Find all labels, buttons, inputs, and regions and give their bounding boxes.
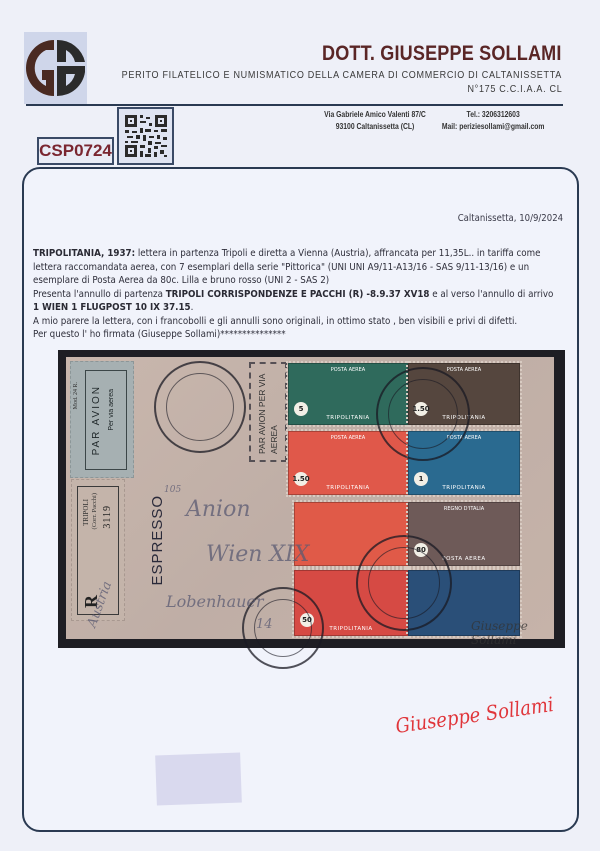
stamp-value: 1.50 — [294, 472, 308, 486]
cover-signature: Giuseppe Sollami — [471, 619, 554, 647]
cancel-postmark-1 — [154, 361, 246, 453]
description-paragraph-3: A mio parere la lettera, con i francobol… — [33, 315, 558, 329]
expert-title: PERITO FILATELICO E NUMISMATICO DELLA CA… — [122, 69, 562, 81]
par-avion-handstamp: PAR AVION PER VIA AEREA — [249, 362, 287, 462]
description-heading: TRIPOLITANIA, 1937: — [33, 248, 135, 259]
cover-photo: Mod. 24 R. PAR AVION Per via aerea R TRI… — [58, 350, 565, 648]
cancel-postmark-2 — [376, 367, 470, 461]
arrival-cancel: 1 WIEN 1 FLUGPOST 10 IX 37.15 — [33, 302, 191, 313]
qr-code-icon — [123, 113, 169, 159]
registration-office: TRIPOLI — [82, 499, 90, 526]
stamp-value: 5 — [294, 402, 308, 416]
handwriting-city: Wien XIX — [206, 542, 309, 567]
par-avion-label: Mod. 24 R. PAR AVION Per via aerea — [70, 361, 134, 478]
stamp-country: TRIPOLITANIA — [289, 485, 407, 491]
certificate-code: CSP0724 — [37, 137, 114, 165]
par-avion-frame: PAR AVION Per via aerea — [85, 370, 127, 470]
description-paragraph-2: Presenta l'annullo di partenza TRIPOLI C… — [33, 288, 558, 315]
description-paragraph-1: TRIPOLITANIA, 1937: lettera in partenza … — [33, 247, 558, 288]
description-text-2c: . — [191, 302, 194, 313]
place-date: Caltanissetta, 10/9/2024 — [458, 213, 563, 224]
par-avion-title: PAR AVION — [91, 385, 102, 455]
departure-cancel: TRIPOLI CORRISPONDENZE E PACCHI (R) -8.9… — [166, 289, 430, 300]
registration-number: 3119 — [102, 505, 113, 529]
handwriting-street: Lobenhauer — [166, 592, 264, 611]
description-text-2b: e al verso l'annullo di arrivo — [429, 289, 553, 300]
stamp-country: TRIPOLITANIA — [409, 485, 519, 491]
par-avion-handstamp-text: PAR AVION PER VIA AEREA — [256, 370, 280, 454]
phone: Tel.: 3206312603 — [424, 109, 562, 121]
stamp-header: POSTA AEREA — [289, 367, 407, 373]
cancel-postmark-3 — [356, 535, 452, 631]
expert-name: DOTT. GIUSEPPE SOLLAMI — [322, 42, 562, 66]
envelope: Mod. 24 R. PAR AVION Per via aerea R TRI… — [66, 357, 554, 639]
gs-logo — [24, 32, 87, 104]
description-text-2a: Presenta l'annullo di partenza — [33, 289, 166, 300]
label-model: Mod. 24 R. — [73, 382, 79, 409]
handwriting-house-number: 14 — [256, 617, 273, 632]
qr-code[interactable] — [117, 107, 174, 165]
stamp-header: REGNO D'ITALIA — [409, 506, 519, 512]
registration-office-sub: (Corr. Pacchi) — [91, 493, 98, 529]
handwriting-number: 105 — [164, 485, 181, 495]
header-divider — [26, 104, 563, 106]
hologram-sticker — [155, 753, 242, 806]
stamp-value: 1 — [414, 472, 428, 486]
email-link[interactable]: Mail: periziesollami@gmail.com — [424, 121, 562, 133]
registration-number: N°175 C.C.I.A.A. CL — [467, 83, 562, 95]
handwriting-addressee: Anion — [186, 497, 251, 522]
par-avion-subtitle: Per via aerea — [108, 389, 115, 431]
contact-block: Tel.: 3206312603 Mail: periziesollami@gm… — [424, 109, 562, 133]
gs-monogram-icon — [24, 32, 87, 104]
description-paragraph-4: Per questo l' ho firmata (Giuseppe Solla… — [33, 328, 558, 342]
certificate-description: TRIPOLITANIA, 1937: lettera in partenza … — [33, 247, 558, 342]
espresso-handstamp: ESPRESSO — [149, 495, 166, 586]
